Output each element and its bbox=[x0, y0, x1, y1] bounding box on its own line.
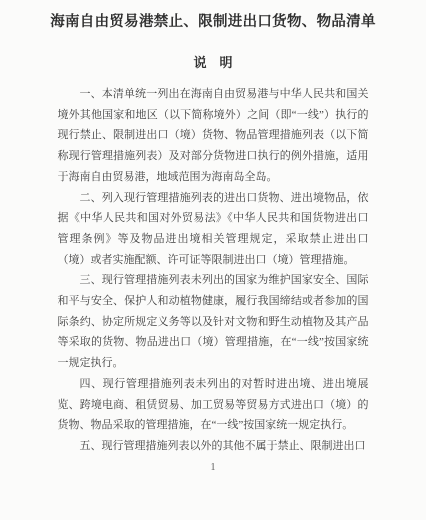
paragraph-2: 二、列入现行管理措施列表的进出口货物、进出境物品，依据《中华人民共和国对外贸易法… bbox=[58, 188, 369, 271]
paragraph-4: 四、现行管理措施列表未列出的对暂时进出境、进出境展览、跨境电商、租赁贸易、加工贸… bbox=[58, 374, 369, 436]
paragraph-3: 三、现行管理措施列表未列出的国家为维护国家安全、国际和平与安全、保护人和动植物健… bbox=[58, 270, 369, 374]
document-page: 海南自由贸易港禁止、限制进出口货物、物品清单 说 明 一、本清单统一列出在海南自… bbox=[0, 0, 426, 520]
document-body: 一、本清单统一列出在海南自由贸易港与中华人民共和国关境外其他国家和地区（以下简称… bbox=[58, 84, 369, 457]
paragraph-5: 五、现行管理措施列表以外的其他不属于禁止、限制进出口 bbox=[58, 436, 369, 457]
paragraph-1: 一、本清单统一列出在海南自由贸易港与中华人民共和国关境外其他国家和地区（以下简称… bbox=[58, 84, 369, 188]
document-title: 海南自由贸易港禁止、限制进出口货物、物品清单 bbox=[0, 0, 426, 32]
section-heading: 说 明 bbox=[0, 54, 426, 71]
page-number: 1 bbox=[0, 461, 426, 475]
